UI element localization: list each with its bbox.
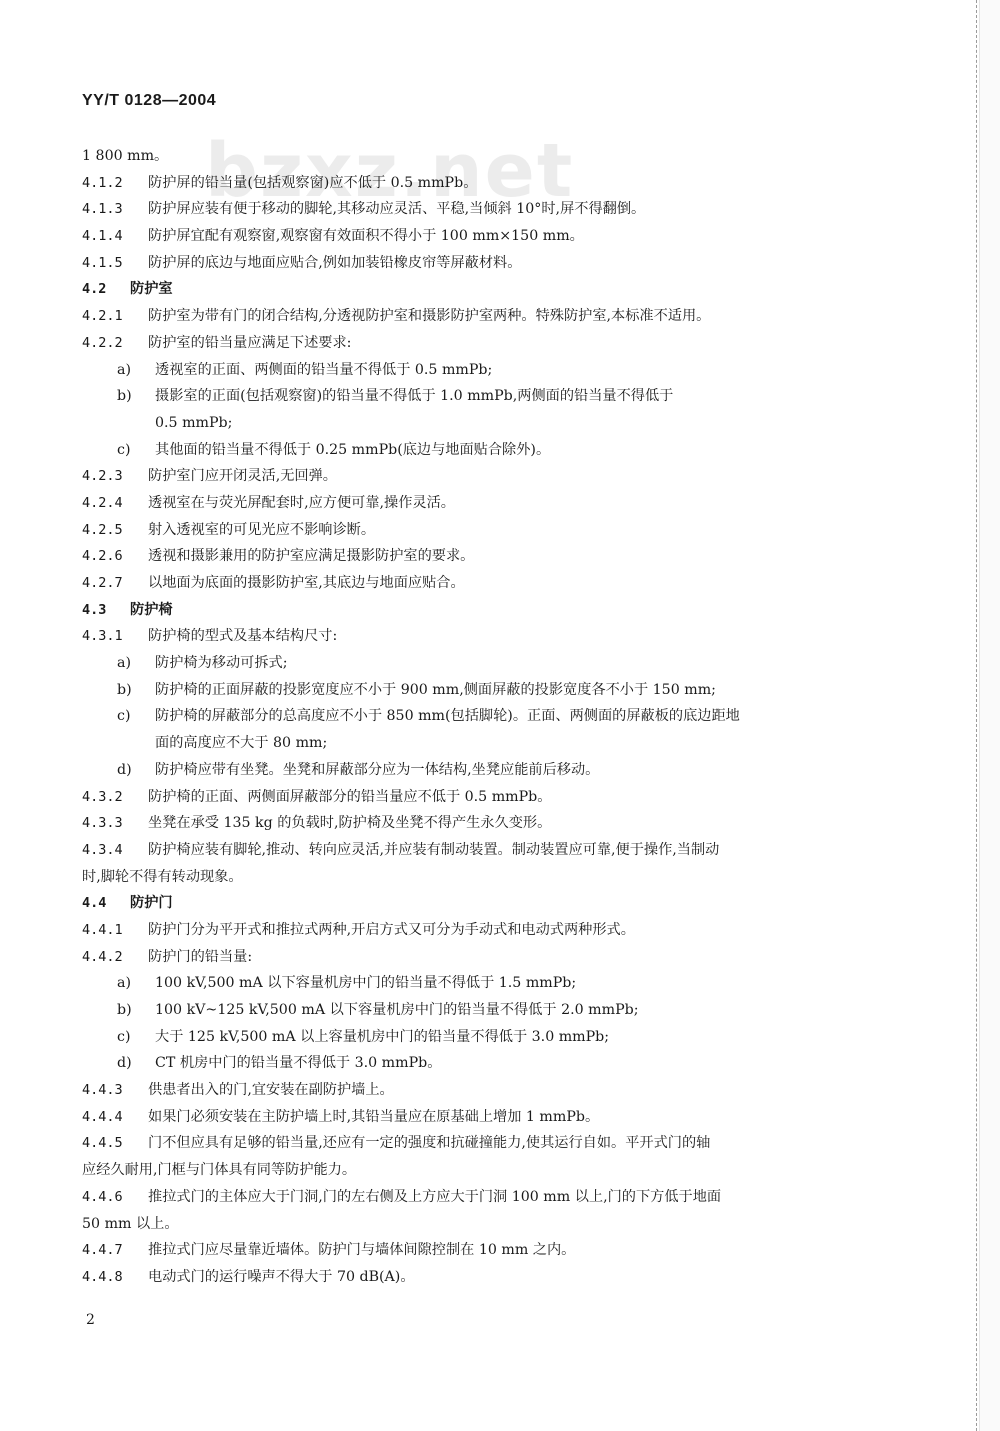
clause-4-4-6-cont: 50 mm 以上。 xyxy=(82,1211,872,1238)
list-item-4-3-1-c: c)防护椅的屏蔽部分的总高度应不小于 850 mm(包括脚轮)。正面、两侧面的屏… xyxy=(82,703,872,730)
standard-number-header: YY/T 0128—2004 xyxy=(82,92,216,110)
clause-4-2-3: 4.2.3防护室门应开闭灵活,无回弹。 xyxy=(82,463,872,490)
clause-4-3-4-cont: 时,脚轮不得有转动现象。 xyxy=(82,864,872,891)
scan-edge-margin xyxy=(979,0,1000,1431)
section-heading-4-3: 4.3防护椅 xyxy=(82,597,872,624)
list-item-4-2-2-a: a)透视室的正面、两侧面的铅当量不得低于 0.5 mmPb; xyxy=(82,357,872,384)
clause-4-2-6: 4.2.6透视和摄影兼用的防护室应满足摄影防护室的要求。 xyxy=(82,543,872,570)
section-heading-4-4: 4.4防护门 xyxy=(82,890,872,917)
list-item-4-3-1-b: b)防护椅的正面屏蔽的投影宽度应不小于 900 mm,侧面屏蔽的投影宽度各不小于… xyxy=(82,677,872,704)
clause-4-4-8: 4.4.8电动式门的运行噪声不得大于 70 dB(A)。 xyxy=(82,1264,872,1291)
continuation-line: 1 800 mm。 xyxy=(82,143,872,170)
clause-4-1-2: 4.1.2防护屏的铅当量(包括观察窗)应不低于 0.5 mmPb。 xyxy=(82,170,872,197)
clause-4-3-3: 4.3.3坐凳在承受 135 kg 的负载时,防护椅及坐凳不得产生永久变形。 xyxy=(82,810,872,837)
clause-4-4-3: 4.4.3供患者出入的门,宜安装在副防护墙上。 xyxy=(82,1077,872,1104)
list-item-4-2-2-c: c)其他面的铅当量不得低于 0.25 mmPb(底边与地面贴合除外)。 xyxy=(82,437,872,464)
clause-4-2-4: 4.2.4透视室在与荧光屏配套时,应方便可靠,操作灵活。 xyxy=(82,490,872,517)
clause-4-3-1: 4.3.1防护椅的型式及基本结构尺寸: xyxy=(82,623,872,650)
clause-4-4-6: 4.4.6推拉式门的主体应大于门洞,门的左右侧及上方应大于门洞 100 mm 以… xyxy=(82,1184,872,1211)
clause-4-3-2: 4.3.2防护椅的正面、两侧面屏蔽部分的铅当量应不低于 0.5 mmPb。 xyxy=(82,784,872,811)
clause-4-3-4: 4.3.4防护椅应装有脚轮,推动、转向应灵活,并应装有制动装置。制动装置应可靠,… xyxy=(82,837,872,864)
document-body: 1 800 mm。 4.1.2防护屏的铅当量(包括观察窗)应不低于 0.5 mm… xyxy=(82,143,872,1291)
page-number: 2 xyxy=(86,1312,95,1328)
clause-4-1-3: 4.1.3防护屏应装有便于移动的脚轮,其移动应灵活、平稳,当倾斜 10°时,屏不… xyxy=(82,196,872,223)
list-item-4-2-2-b: b)摄影室的正面(包括观察窗)的铅当量不得低于 1.0 mmPb,两侧面的铅当量… xyxy=(82,383,872,410)
clause-4-2-5: 4.2.5射入透视室的可见光应不影响诊断。 xyxy=(82,517,872,544)
scan-edge-line xyxy=(976,0,978,1431)
list-item-4-3-1-c-cont: 面的高度应不大于 80 mm; xyxy=(82,730,872,757)
list-item-4-3-1-d: d)防护椅应带有坐凳。坐凳和屏蔽部分应为一体结构,坐凳应能前后移动。 xyxy=(82,757,872,784)
clause-4-2-2: 4.2.2防护室的铅当量应满足下述要求: xyxy=(82,330,872,357)
clause-4-4-2: 4.4.2防护门的铅当量: xyxy=(82,944,872,971)
list-item-4-4-2-d: d)CT 机房中门的铅当量不得低于 3.0 mmPb。 xyxy=(82,1050,872,1077)
clause-4-2-1: 4.2.1防护室为带有门的闭合结构,分透视防护室和摄影防护室两种。特殊防护室,本… xyxy=(82,303,872,330)
list-item-4-4-2-c: c)大于 125 kV,500 mA 以上容量机房中门的铅当量不得低于 3.0 … xyxy=(82,1024,872,1051)
section-heading-4-2: 4.2防护室 xyxy=(82,276,872,303)
clause-4-4-5: 4.4.5门不但应具有足够的铅当量,还应有一定的强度和抗碰撞能力,使其运行自如。… xyxy=(82,1130,872,1157)
clause-4-4-7: 4.4.7推拉式门应尽量靠近墙体。防护门与墙体间隙控制在 10 mm 之内。 xyxy=(82,1237,872,1264)
clause-4-4-4: 4.4.4如果门必须安装在主防护墙上时,其铅当量应在原基础上增加 1 mmPb。 xyxy=(82,1104,872,1131)
list-item-4-2-2-b-cont: 0.5 mmPb; xyxy=(82,410,872,437)
clause-4-4-5-cont: 应经久耐用,门框与门体具有同等防护能力。 xyxy=(82,1157,872,1184)
clause-4-2-7: 4.2.7以地面为底面的摄影防护室,其底边与地面应贴合。 xyxy=(82,570,872,597)
clause-4-1-4: 4.1.4防护屏宜配有观察窗,观察窗有效面积不得小于 100 mm×150 mm… xyxy=(82,223,872,250)
list-item-4-4-2-a: a)100 kV,500 mA 以下容量机房中门的铅当量不得低于 1.5 mmP… xyxy=(82,970,872,997)
list-item-4-4-2-b: b)100 kV~125 kV,500 mA 以下容量机房中门的铅当量不得低于 … xyxy=(82,997,872,1024)
clause-4-1-5: 4.1.5防护屏的底边与地面应贴合,例如加装铅橡皮帘等屏蔽材料。 xyxy=(82,250,872,277)
clause-4-4-1: 4.4.1防护门分为平开式和推拉式两种,开启方式又可分为手动式和电动式两种形式。 xyxy=(82,917,872,944)
list-item-4-3-1-a: a)防护椅为移动可拆式; xyxy=(82,650,872,677)
